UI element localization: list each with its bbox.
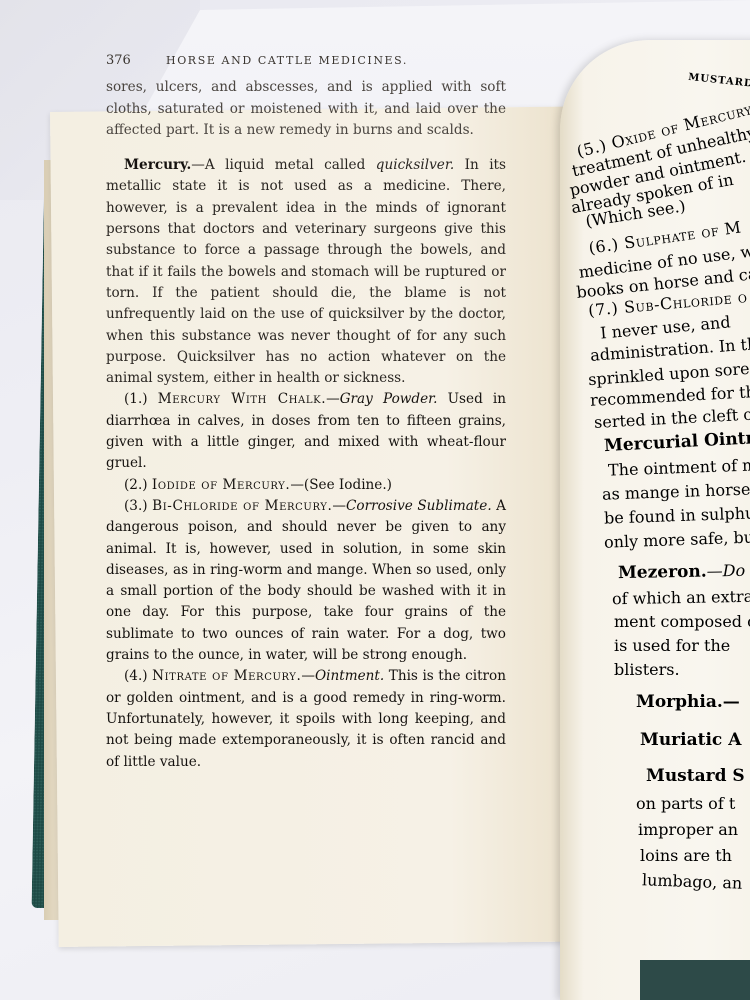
item-name: Iodide of Mercury. (152, 477, 290, 493)
book-cover-bottom (640, 960, 750, 1000)
entry-italic-term: quicksilver. (376, 157, 454, 173)
list-item-bi-chloride-of-mercury: (3.) Bi-Chloride of Mercury.—Corrosive S… (106, 496, 506, 666)
left-page-text: 376 HORSE AND CATTLE MEDICINES. sores, u… (106, 50, 506, 773)
right-line: blisters. (614, 660, 680, 679)
item-name: Bi-Chloride of Mercury. (152, 498, 332, 514)
right-line: lumbago, an (642, 870, 743, 892)
entry-dash: —Do (707, 561, 746, 581)
item-name: Mercury With Chalk. (158, 391, 326, 407)
item-name: Nitrate of Mercury. (152, 668, 301, 684)
right-line: improper an (638, 820, 738, 839)
list-item-iodide-of-mercury: (2.) Iodide of Mercury.—(See Iodine.) (106, 475, 506, 496)
item-number: (2.) (124, 477, 148, 493)
right-line: loins are th (640, 846, 732, 865)
right-line: on parts of t (636, 794, 735, 813)
running-head-title: HORSE AND CATTLE MEDICINES. (166, 50, 408, 71)
item-body: A dangerous poison, and should never be … (106, 498, 506, 663)
item-dash: — (332, 498, 346, 514)
item-italic: Corrosive Sublimate. (346, 498, 492, 514)
item-dash: — (326, 391, 340, 407)
entry-heading-mezeron: Mezeron. (618, 562, 707, 584)
right-line: ment composed o (614, 612, 750, 631)
item-number: (1.) (124, 391, 148, 407)
entry-mezeron: Mezeron.—Do (618, 561, 745, 583)
item-dash: — (290, 477, 304, 493)
entry-heading-mercury: Mercury. (124, 157, 191, 173)
item-number: (3.) (124, 498, 148, 514)
page-number: 376 (106, 50, 166, 71)
entry-heading-muriatic-acid: Muriatic A (640, 730, 741, 750)
item-italic: Gray Powder. (340, 391, 438, 407)
continuation-paragraph: sores, ulcers, and abscesses, and is app… (106, 77, 506, 141)
list-item-mercury-with-chalk: (1.) Mercury With Chalk.—Gray Powder. Us… (106, 389, 506, 474)
list-item-nitrate-of-mercury: (4.) Nitrate of Mercury.—Ointment. This … (106, 666, 506, 772)
entry-heading-morphia: Morphia.— (636, 692, 740, 712)
right-line: is used for the (614, 636, 730, 655)
right-line: of which an extra (612, 587, 750, 608)
item-body: (See Iodine.) (304, 477, 392, 493)
item-italic: Ointment. (315, 668, 384, 684)
mercury-entry: Mercury.—A liquid metal called quicksilv… (106, 155, 506, 389)
running-header: 376 HORSE AND CATTLE MEDICINES. (106, 50, 506, 71)
entry-body: In its metallic state it is not used as … (106, 157, 506, 386)
item-number: (4.) (124, 668, 148, 684)
item-dash: — (301, 668, 315, 684)
entry-dash: —A liquid metal called (191, 157, 376, 173)
entry-heading-mustard: Mustard S (646, 766, 745, 786)
